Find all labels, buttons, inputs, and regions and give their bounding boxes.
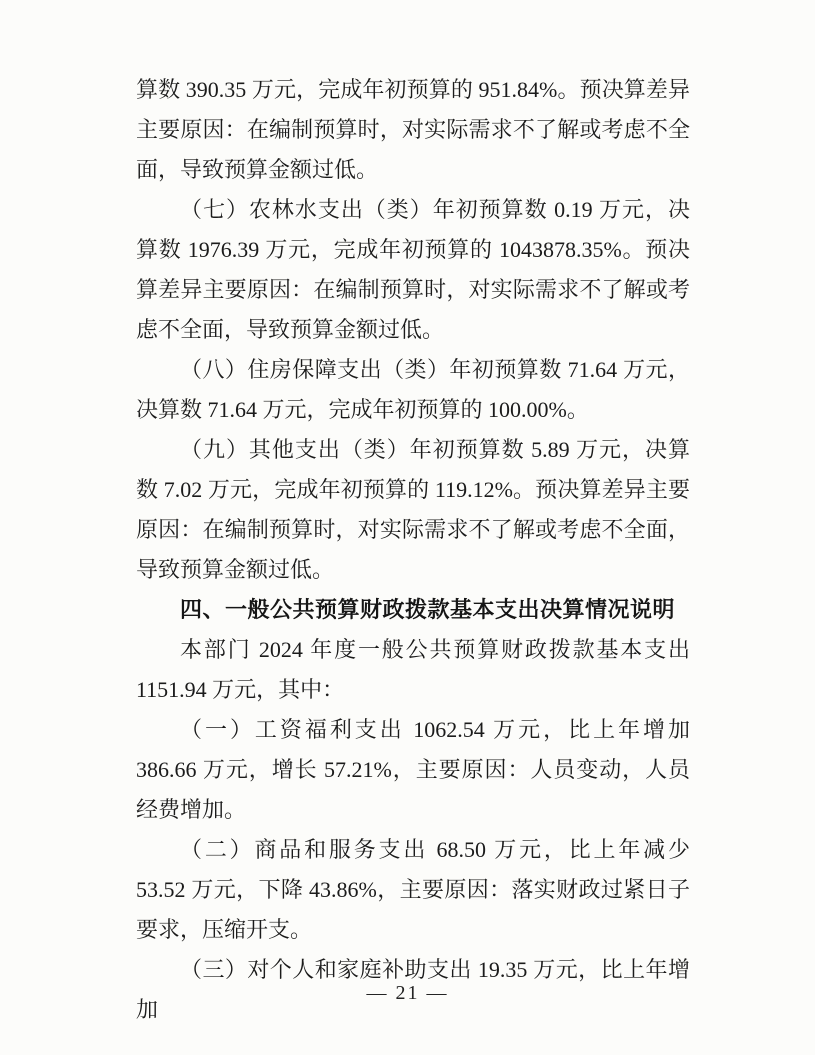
paragraph-basic-expenditure-total: 本部门 2024 年度一般公共预算财政拨款基本支出 1151.94 万元，其中：	[136, 630, 690, 710]
document-body: 算数 390.35 万元，完成年初预算的 951.84%。预决算差异主要原因：在…	[136, 70, 690, 1030]
paragraph-item-2-goods-services: （二）商品和服务支出 68.50 万元，比上年减少 53.52 万元，下降 43…	[136, 830, 690, 950]
paragraph-item-1-salary-welfare: （一）工资福利支出 1062.54 万元，比上年增加 386.66 万元，增长 …	[136, 710, 690, 830]
paragraph-item-8-housing: （八）住房保障支出（类）年初预算数 71.64 万元，决算数 71.64 万元，…	[136, 350, 690, 430]
paragraph-budget-diff-continuation: 算数 390.35 万元，完成年初预算的 951.84%。预决算差异主要原因：在…	[136, 70, 690, 190]
paragraph-item-9-other: （九）其他支出（类）年初预算数 5.89 万元，决算数 7.02 万元，完成年初…	[136, 430, 690, 590]
paragraph-item-7-agriculture: （七）农林水支出（类）年初预算数 0.19 万元，决算数 1976.39 万元，…	[136, 190, 690, 350]
document-page: 算数 390.35 万元，完成年初预算的 951.84%。预决算差异主要原因：在…	[0, 0, 815, 1055]
page-number: — 21 —	[0, 982, 815, 1005]
section-heading-basic-expenditure: 四、一般公共预算财政拨款基本支出决算情况说明	[136, 590, 690, 630]
